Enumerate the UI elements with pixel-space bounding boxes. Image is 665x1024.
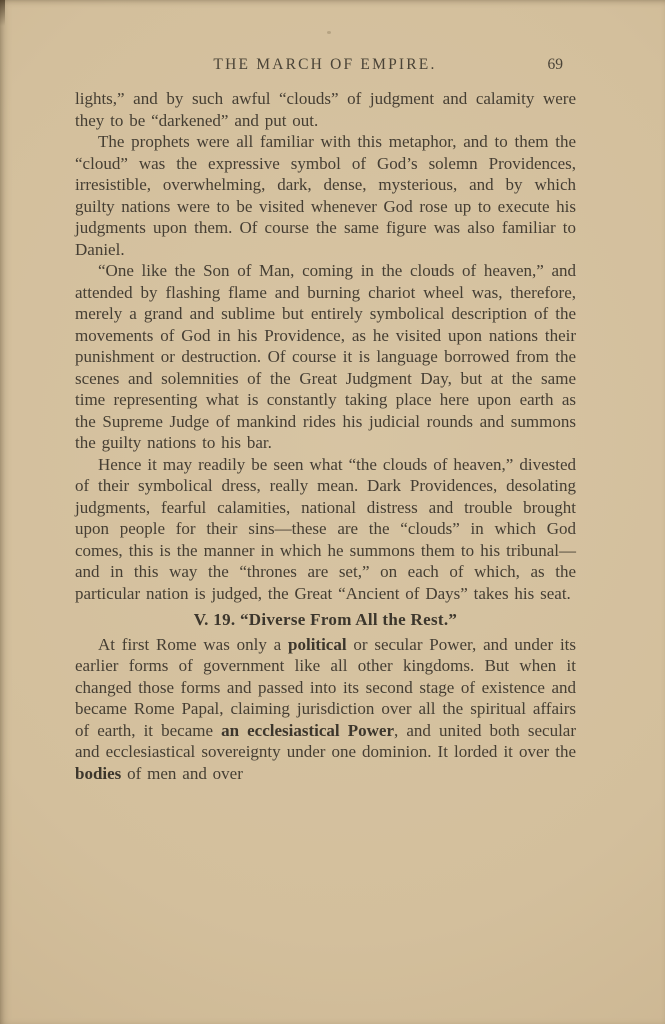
section-heading: V. 19. “Diverse From All the Rest.” [75,609,576,631]
text-run: At first Rome was only a [98,635,288,654]
text-run: Hence it may readily be seen what “the c… [75,455,576,603]
paragraph: lights,” and by such awful “clouds” of j… [75,88,576,131]
paragraph: “One like the Son of Man, coming in the … [75,260,576,454]
bold-text-run: political [288,635,347,654]
paragraph: The prophets were all familiar with this… [75,131,576,260]
paper-speck [327,31,331,34]
text-run: “One like the Son of Man, coming in the … [75,261,576,452]
bold-text-run: an ecclesiastical Power [221,721,394,740]
text-run: of men and over [121,764,243,783]
page-number: 69 [548,56,564,74]
text-run: V. 19. “Diverse From All the Rest.” [194,610,457,629]
paragraph: Hence it may readily be seen what “the c… [75,454,576,605]
paragraph: At first Rome was only a political or se… [75,634,576,785]
running-header: THE MARCH OF EMPIRE. 69 [75,56,575,78]
book-page: THE MARCH OF EMPIRE. 69 lights,” and by … [0,0,665,1024]
text-run: The prophets were all familiar with this… [75,132,576,259]
running-header-title: THE MARCH OF EMPIRE. [75,56,575,74]
text-column: lights,” and by such awful “clouds” of j… [75,88,576,784]
page-edge-shadow [0,0,5,26]
text-run: lights,” and by such awful “clouds” of j… [75,89,576,130]
bold-text-run: bodies [75,764,121,783]
